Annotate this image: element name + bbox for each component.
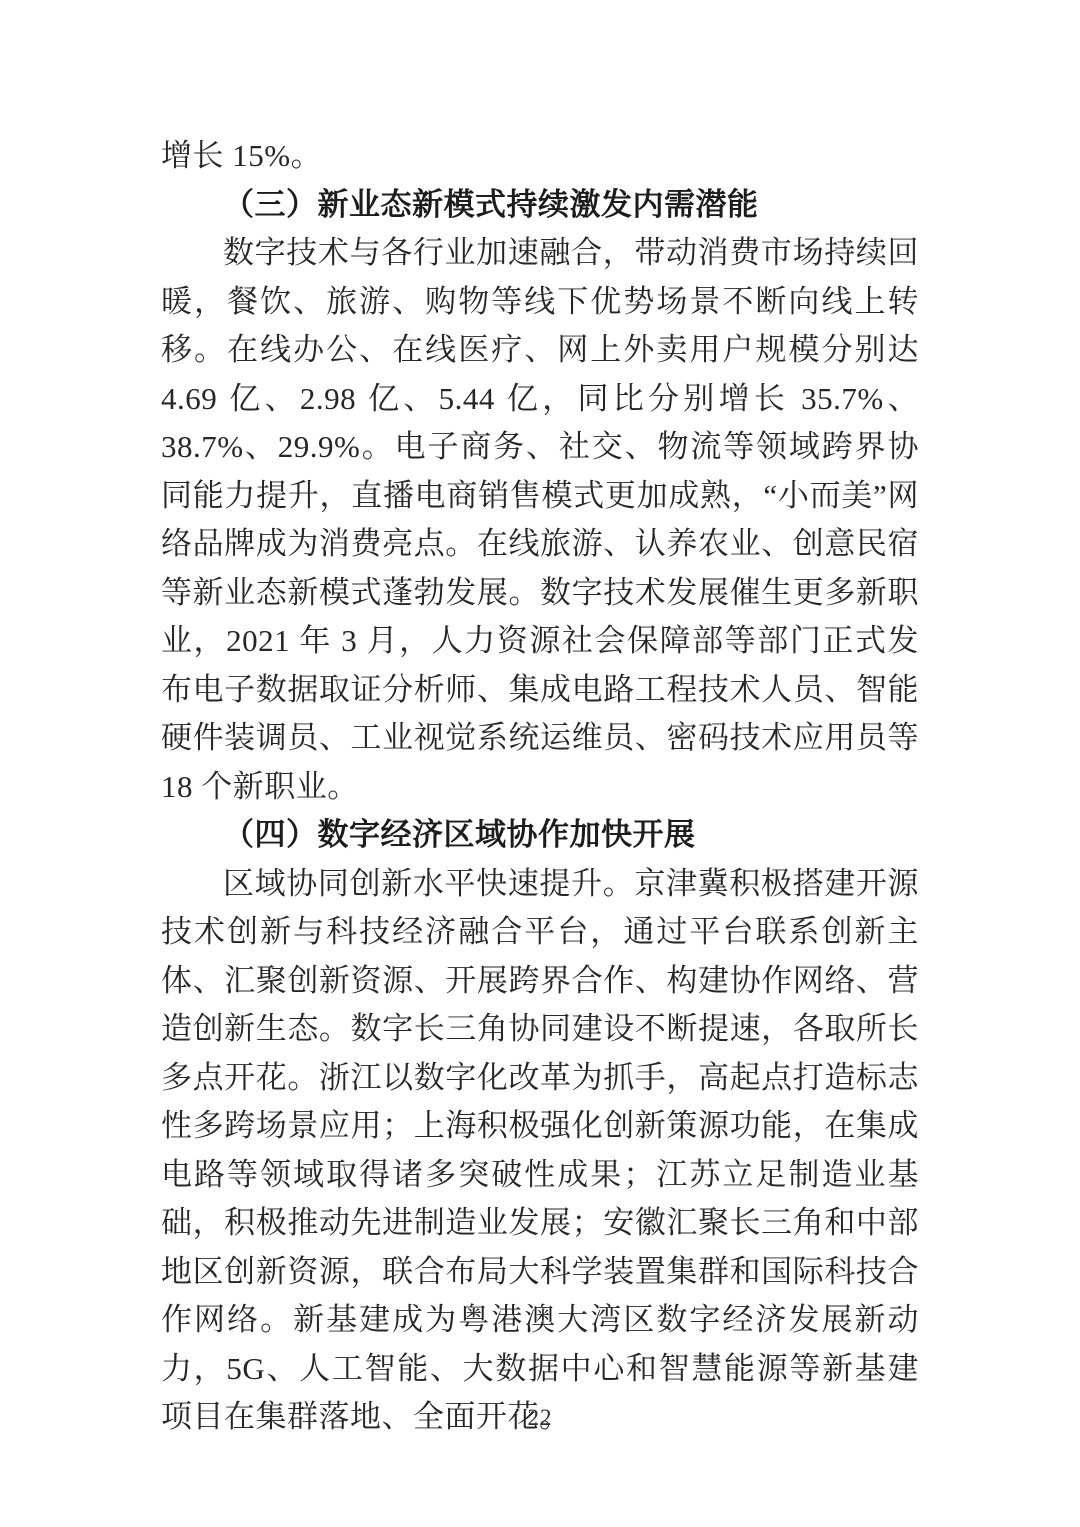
paragraph-continuation: 增长 15%。: [161, 132, 919, 181]
text-block: 增长 15%。 （三）新业态新模式持续激发内需潜能 数字技术与各行业加速融合，带…: [161, 132, 919, 1442]
page-number: 22: [528, 1405, 553, 1430]
section-heading-3: （三）新业态新模式持续激发内需潜能: [161, 181, 919, 230]
section-paragraph-4: 区域协同创新水平快速提升。京津冀积极搭建开源技术创新与科技经济融合平台，通过平台…: [161, 860, 919, 1442]
document-page: 增长 15%。 （三）新业态新模式持续激发内需潜能 数字技术与各行业加速融合，带…: [0, 0, 1080, 1527]
section-heading-4: （四）数字经济区域协作加快开展: [161, 811, 919, 860]
section-paragraph-3: 数字技术与各行业加速融合，带动消费市场持续回暖，餐饮、旅游、购物等线下优势场景不…: [161, 229, 919, 811]
page-footer: 22: [0, 1405, 1080, 1431]
